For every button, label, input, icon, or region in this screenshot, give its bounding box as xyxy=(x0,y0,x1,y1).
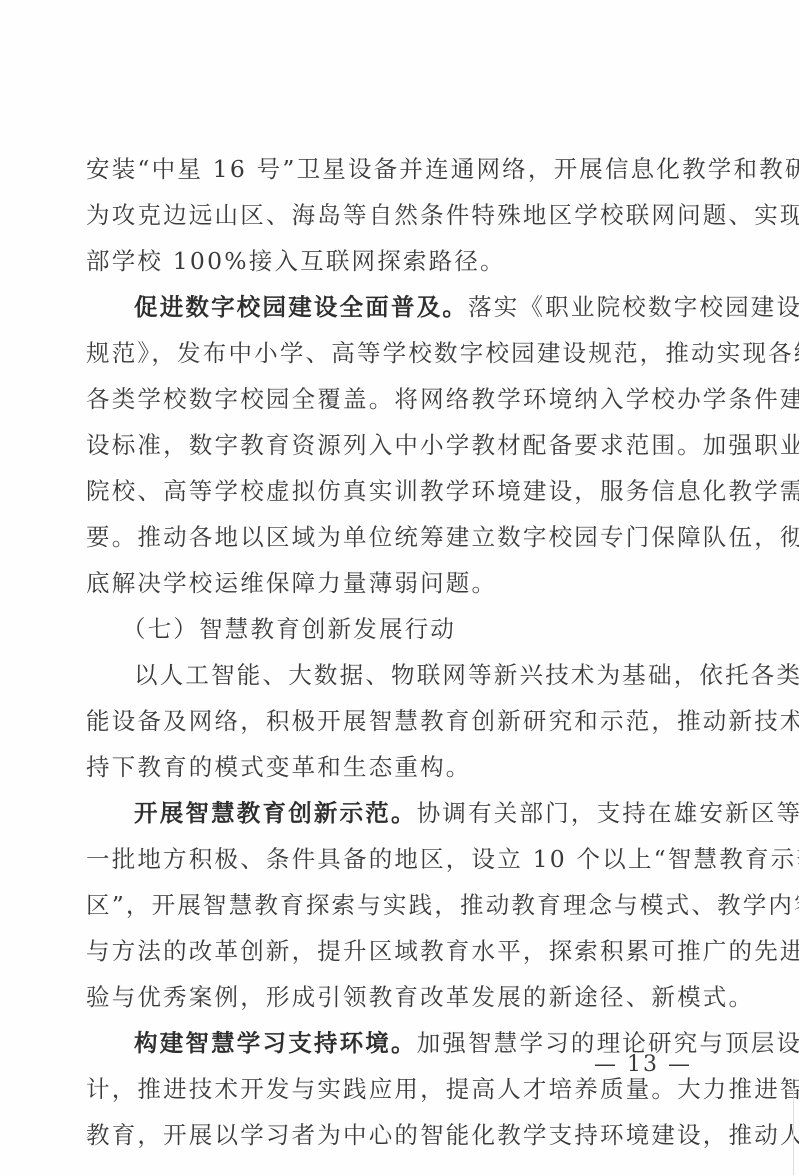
text-line: 部学校 100%接入互联网探索路径。 xyxy=(86,238,718,284)
text-line: 规范》，发布中小学、高等学校数字校园建设规范，推动实现各级 xyxy=(86,330,718,376)
text-line: 以人工智能、大数据、物联网等新兴技术为基础，依托各类智 xyxy=(86,652,718,698)
text-line: 各类学校数字校园全覆盖。将网络教学环境纳入学校办学条件建 xyxy=(86,376,718,422)
section-title: （七）智慧教育创新发展行动 xyxy=(86,606,718,652)
paragraph-first-line: 促进数字校园建设全面普及。落实《职业院校数字校园建设 xyxy=(86,284,718,330)
text-line: 底解决学校运维保障力量薄弱问题。 xyxy=(86,560,718,606)
text-line: 协调有关部门，支持在雄安新区等 xyxy=(417,799,799,827)
text-line: 安装“中星 16 号”卫星设备并连通网络，开展信息化教学和教研， xyxy=(86,146,718,192)
text-line: 院校、高等学校虚拟仿真实训教学环境建设，服务信息化教学需 xyxy=(86,468,718,514)
paragraph-heading: 促进数字校园建设全面普及。 xyxy=(134,293,468,321)
text-line: 能设备及网络，积极开展智慧教育创新研究和示范，推动新技术支 xyxy=(86,698,718,744)
text-line: 为攻克边远山区、海岛等自然条件特殊地区学校联网问题、实现全 xyxy=(86,192,718,238)
page-number: — 13 — xyxy=(594,1052,692,1077)
text-line: 一批地方积极、条件具备的地区，设立 10 个以上“智慧教育示范 xyxy=(86,836,718,882)
paragraph-heading: 开展智慧教育创新示范。 xyxy=(134,799,417,827)
text-line: 要。推动各地以区域为单位统筹建立数字校园专门保障队伍，彻 xyxy=(86,514,718,560)
text-line: 区”，开展智慧教育探索与实践，推动教育理念与模式、教学内容 xyxy=(86,882,718,928)
text-line: 与方法的改革创新，提升区域教育水平，探索积累可推广的先进经 xyxy=(86,928,718,974)
document-page: 安装“中星 16 号”卫星设备并连通网络，开展信息化教学和教研， 为攻克边远山区… xyxy=(86,146,718,1158)
text-line: 教育，开展以学习者为中心的智能化教学支持环境建设，推动人工 xyxy=(86,1112,718,1158)
page-edge-divider xyxy=(793,1090,794,1175)
text-line: 设标准，数字教育资源列入中小学教材配备要求范围。加强职业 xyxy=(86,422,718,468)
text-line: 落实《职业院校数字校园建设 xyxy=(468,293,799,321)
paragraph-heading: 构建智慧学习支持环境。 xyxy=(134,1029,417,1057)
paragraph-first-line: 开展智慧教育创新示范。协调有关部门，支持在雄安新区等 xyxy=(86,790,718,836)
text-line: 持下教育的模式变革和生态重构。 xyxy=(86,744,718,790)
text-line: 验与优秀案例，形成引领教育改革发展的新途径、新模式。 xyxy=(86,974,718,1020)
